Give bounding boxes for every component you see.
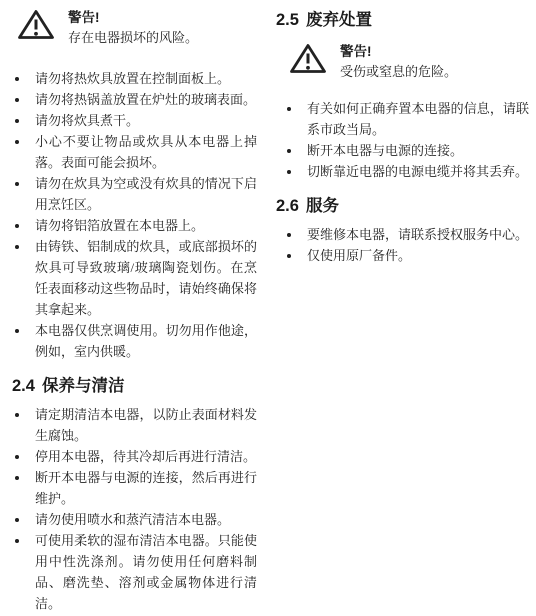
bullet-text: 停用本电器，待其冷却后再进行清洁。 <box>35 449 256 464</box>
section-heading-care: 2.4保养与清洁 <box>12 376 257 396</box>
section-heading-service: 2.6服务 <box>276 196 529 216</box>
bullet-text: 要维修本电器，请联系授权服务中心。 <box>307 227 528 242</box>
bullet-dot <box>287 149 291 153</box>
bullet-text: 断开本电器与电源的连接。 <box>307 143 463 158</box>
manual-page: 警告! 存在电器损坏的风险。 请勿将热炊具放置在控制面板上。 请勿将热锅盖放置在… <box>0 0 536 616</box>
bullet-dot <box>15 182 19 186</box>
list-item: 请勿使用喷水和蒸汽清洁本电器。 <box>12 509 257 530</box>
bullet-text: 切断靠近电器的电源电缆并将其丢弃。 <box>307 164 528 179</box>
safety-bullet-list: 请勿将热炊具放置在控制面板上。 请勿将热锅盖放置在炉灶的玻璃表面。 请勿将炊具煮… <box>12 68 257 362</box>
bullet-text: 有关如何正确弃置本电器的信息，请联系市政当局。 <box>307 101 529 137</box>
list-item: 本电器仅供烹调使用。切勿用作他途，例如，室内供暖。 <box>12 320 257 362</box>
list-item: 请勿将炊具煮干。 <box>12 110 257 131</box>
bullet-dot <box>287 107 291 111</box>
warning-box-injury: 警告! 受伤或窒息的危险。 <box>289 42 529 82</box>
list-item: 有关如何正确弃置本电器的信息，请联系市政当局。 <box>276 98 529 140</box>
bullet-dot <box>287 254 291 258</box>
service-bullet-list: 要维修本电器，请联系授权服务中心。 仅使用原厂备件。 <box>276 224 529 266</box>
list-item: 停用本电器，待其冷却后再进行清洁。 <box>12 446 257 467</box>
section-number: 2.6 <box>276 197 299 215</box>
list-item: 仅使用原厂备件。 <box>276 245 529 266</box>
bullet-dot <box>15 77 19 81</box>
bullet-dot <box>15 245 19 249</box>
warning-description: 受伤或窒息的危险。 <box>340 61 457 82</box>
warning-box-damage: 警告! 存在电器损坏的风险。 <box>17 8 257 48</box>
bullet-text: 请勿将热炊具放置在控制面板上。 <box>35 71 230 86</box>
warning-text-block: 警告! 受伤或窒息的危险。 <box>340 42 457 82</box>
bullet-dot <box>15 98 19 102</box>
bullet-dot <box>15 518 19 522</box>
bullet-text: 请定期清洁本电器，以防止表面材料发生腐蚀。 <box>35 407 257 443</box>
warning-title: 警告! <box>68 8 198 27</box>
bullet-dot <box>287 233 291 237</box>
bullet-dot <box>15 329 19 333</box>
list-item: 由铸铁、铝制成的炊具，或底部损坏的炊具可导致玻璃/玻璃陶瓷划伤。在烹饪表面移动这… <box>12 236 257 320</box>
bullet-dot <box>287 170 291 174</box>
list-item: 请勿将铝箔放置在本电器上。 <box>12 215 257 236</box>
bullet-text: 请勿使用喷水和蒸汽清洁本电器。 <box>35 512 230 527</box>
list-item: 可使用柔软的湿布清洁本电器。只能使用中性洗涤剂。请勿使用任何磨料制品、磨洗垫、溶… <box>12 530 257 614</box>
bullet-text: 请勿将炊具煮干。 <box>35 113 139 128</box>
list-item: 请勿将热锅盖放置在炉灶的玻璃表面。 <box>12 89 257 110</box>
list-item: 请定期清洁本电器，以防止表面材料发生腐蚀。 <box>12 404 257 446</box>
left-column: 警告! 存在电器损坏的风险。 请勿将热炊具放置在控制面板上。 请勿将热锅盖放置在… <box>12 6 257 616</box>
list-item: 断开本电器与电源的连接。 <box>276 140 529 161</box>
bullet-text: 小心不要让物品或炊具从本电器上掉落。表面可能会损坏。 <box>35 134 257 170</box>
section-title: 服务 <box>306 197 339 215</box>
list-item: 请勿在炊具为空或没有炊具的情况下启用烹饪区。 <box>12 173 257 215</box>
list-item: 断开本电器与电源的连接，然后再进行维护。 <box>12 467 257 509</box>
bullet-dot <box>15 539 19 543</box>
bullet-text: 仅使用原厂备件。 <box>307 248 411 263</box>
bullet-dot <box>15 119 19 123</box>
bullet-dot <box>15 140 19 144</box>
right-column: 2.5废弃处置 警告! 受伤或窒息的危险。 有关如何正确弃置本电器的信息，请联系… <box>276 6 529 616</box>
section-number: 2.5 <box>276 11 299 29</box>
bullet-dot <box>15 476 19 480</box>
bullet-text: 请勿将铝箔放置在本电器上。 <box>35 218 204 233</box>
list-item: 要维修本电器，请联系授权服务中心。 <box>276 224 529 245</box>
list-item: 请勿将热炊具放置在控制面板上。 <box>12 68 257 89</box>
section-heading-disposal: 2.5废弃处置 <box>276 10 529 30</box>
list-item: 小心不要让物品或炊具从本电器上掉落。表面可能会损坏。 <box>12 131 257 173</box>
bullet-text: 本电器仅供烹调使用。切勿用作他途，例如，室内供暖。 <box>35 323 257 359</box>
section-number: 2.4 <box>12 377 35 395</box>
bullet-dot <box>15 455 19 459</box>
bullet-text: 请勿在炊具为空或没有炊具的情况下启用烹饪区。 <box>35 176 257 212</box>
warning-triangle-icon <box>289 42 327 75</box>
bullet-text: 断开本电器与电源的连接，然后再进行维护。 <box>35 470 257 506</box>
care-bullet-list: 请定期清洁本电器，以防止表面材料发生腐蚀。 停用本电器，待其冷却后再进行清洁。 … <box>12 404 257 614</box>
warning-text-block: 警告! 存在电器损坏的风险。 <box>68 8 198 48</box>
list-item: 切断靠近电器的电源电缆并将其丢弃。 <box>276 161 529 182</box>
bullet-dot <box>15 413 19 417</box>
bullet-dot <box>15 224 19 228</box>
section-title: 保养与清洁 <box>42 377 125 395</box>
warning-description: 存在电器损坏的风险。 <box>68 27 198 48</box>
warning-title: 警告! <box>340 42 457 61</box>
bullet-text: 由铸铁、铝制成的炊具，或底部损坏的炊具可导致玻璃/玻璃陶瓷划伤。在烹饪表面移动这… <box>35 239 257 317</box>
bullet-text: 请勿将热锅盖放置在炉灶的玻璃表面。 <box>35 92 256 107</box>
warning-triangle-icon <box>17 8 55 41</box>
section-title: 废弃处置 <box>306 11 372 29</box>
bullet-text: 可使用柔软的湿布清洁本电器。只能使用中性洗涤剂。请勿使用任何磨料制品、磨洗垫、溶… <box>35 533 257 611</box>
disposal-bullet-list: 有关如何正确弃置本电器的信息，请联系市政当局。 断开本电器与电源的连接。 切断靠… <box>276 98 529 182</box>
